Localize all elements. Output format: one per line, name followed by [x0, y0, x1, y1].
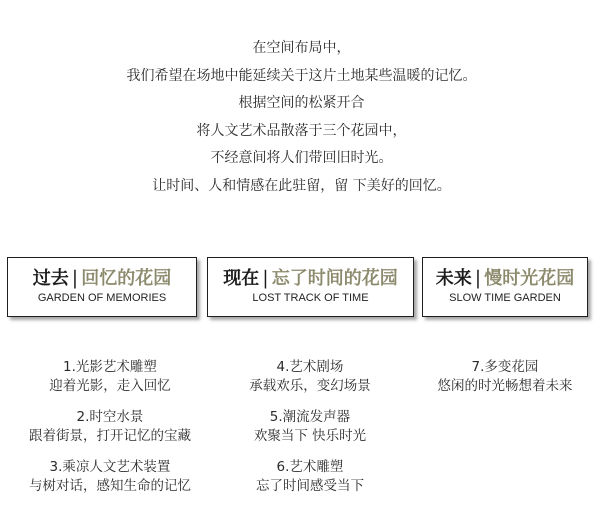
garden-name: 回忆的花园	[81, 268, 171, 289]
garden-name: 慢时光花园	[484, 268, 574, 289]
garden-title: 过去|回忆的花园	[8, 265, 196, 291]
feature-desc: 与树对话，感知生命的记忆	[10, 477, 210, 496]
garden-era: 过去	[33, 268, 69, 289]
garden-english: LOST TRACK OF TIME	[208, 292, 413, 304]
garden-english: GARDEN OF MEMORIES	[8, 292, 196, 304]
feature-title: 5.潮流发声器	[210, 408, 410, 427]
feature-title: 1.光影艺术雕塑	[10, 358, 210, 377]
garden-era: 未来	[436, 268, 472, 289]
feature-title: 4.艺术剧场	[210, 358, 410, 377]
feature-title: 6.艺术雕塑	[210, 458, 410, 477]
feature-title: 3.乘凉人文艺术装置	[10, 458, 210, 477]
intro-line: 不经意间将人们带回旧时光。	[0, 145, 603, 173]
intro-line: 将人文艺术品散落于三个花园中，	[0, 118, 603, 146]
feature-column-future: 7.多变花园 悠闲的时光畅想着未来	[405, 358, 603, 408]
garden-era: 现在	[223, 268, 259, 289]
garden-separator: |	[475, 267, 481, 289]
feature-column-present: 4.艺术剧场 承载欢乐，变幻场景 5.潮流发声器 欢聚当下 快乐时光 6.艺术雕…	[210, 358, 410, 508]
feature-item: 5.潮流发声器 欢聚当下 快乐时光	[210, 408, 410, 446]
garden-card-present: 现在|忘了时间的花园 LOST TRACK OF TIME	[207, 257, 414, 317]
garden-title: 现在|忘了时间的花园	[208, 265, 413, 291]
garden-separator: |	[262, 267, 268, 289]
feature-item: 1.光影艺术雕塑 迎着光影，走入回忆	[10, 358, 210, 396]
garden-english: SLOW TIME GARDEN	[423, 292, 587, 304]
feature-item: 4.艺术剧场 承载欢乐，变幻场景	[210, 358, 410, 396]
feature-title: 7.多变花园	[405, 358, 603, 377]
feature-item: 6.艺术雕塑 忘了时间感受当下	[210, 458, 410, 496]
feature-desc: 忘了时间感受当下	[210, 477, 410, 496]
garden-card-future: 未来|慢时光花园 SLOW TIME GARDEN	[422, 257, 588, 317]
garden-card-past: 过去|回忆的花园 GARDEN OF MEMORIES	[7, 257, 197, 317]
feature-desc: 欢聚当下 快乐时光	[210, 427, 410, 446]
feature-column-past: 1.光影艺术雕塑 迎着光影，走入回忆 2.时空水景 跟着街景，打开记忆的宝藏 3…	[10, 358, 210, 508]
garden-separator: |	[72, 267, 78, 289]
intro-line: 根据空间的松紧开合	[0, 90, 603, 118]
feature-desc: 迎着光影，走入回忆	[10, 377, 210, 396]
feature-desc: 承载欢乐，变幻场景	[210, 377, 410, 396]
garden-name: 忘了时间的花园	[272, 268, 398, 289]
feature-item: 2.时空水景 跟着街景，打开记忆的宝藏	[10, 408, 210, 446]
garden-title: 未来|慢时光花园	[423, 265, 587, 291]
intro-line: 我们希望在场地中能延续关于这片土地某些温暖的记忆。	[0, 63, 603, 91]
intro-text: 在空间布局中， 我们希望在场地中能延续关于这片土地某些温暖的记忆。 根据空间的松…	[0, 35, 603, 200]
intro-line: 让时间、人和情感在此驻留，留 下美好的回忆。	[0, 173, 603, 201]
feature-desc: 跟着街景，打开记忆的宝藏	[10, 427, 210, 446]
feature-item: 3.乘凉人文艺术装置 与树对话，感知生命的记忆	[10, 458, 210, 496]
feature-item: 7.多变花园 悠闲的时光畅想着未来	[405, 358, 603, 396]
feature-title: 2.时空水景	[10, 408, 210, 427]
intro-line: 在空间布局中，	[0, 35, 603, 63]
feature-desc: 悠闲的时光畅想着未来	[405, 377, 603, 396]
